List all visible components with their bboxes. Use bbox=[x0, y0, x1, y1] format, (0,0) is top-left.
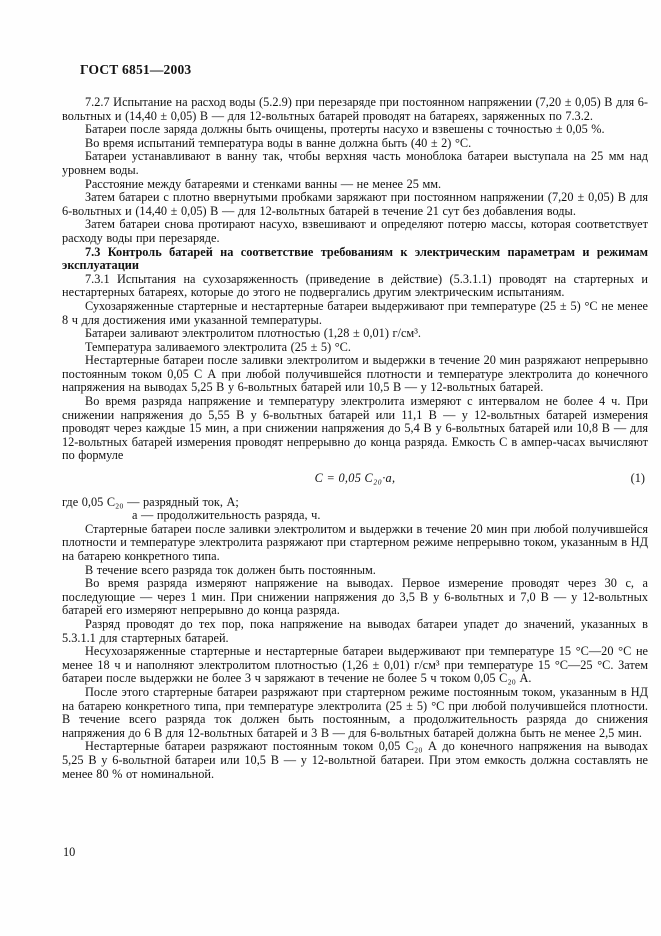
paragraph-7-2-7: 7.2.7 Испытание на расход воды (5.2.9) п… bbox=[62, 96, 648, 123]
paragraph: После этого стартерные батареи разряжают… bbox=[62, 686, 648, 740]
paragraph: Батареи заливают электролитом плотностью… bbox=[62, 327, 648, 341]
document-body: 7.2.7 Испытание на расход воды (5.2.9) п… bbox=[62, 96, 648, 781]
formula-where-line: где 0,05 С₂₀ — разрядный ток, А; bbox=[62, 496, 648, 510]
paragraph: Во время разряда напряжение и температур… bbox=[62, 395, 648, 463]
paragraph: Температура заливаемого электролита (25 … bbox=[62, 341, 648, 355]
paragraph: В течение всего разряда ток должен быть … bbox=[62, 564, 648, 578]
paragraph: Затем батареи снова протирают насухо, вз… bbox=[62, 218, 648, 245]
paragraph: Нестартерные батареи после заливки элект… bbox=[62, 354, 648, 395]
paragraph: Во время разряда измеряют напряжение на … bbox=[62, 577, 648, 618]
paragraph: Затем батареи с плотно ввернутыми пробка… bbox=[62, 191, 648, 218]
paragraph-7-3-1: 7.3.1 Испытания на сухозаряженность (при… bbox=[62, 273, 648, 300]
formula-where-line: а — продолжительность разряда, ч. bbox=[62, 509, 648, 523]
paragraph: Батареи устанавливают в ванну так, чтобы… bbox=[62, 150, 648, 177]
paragraph: Разряд проводят до тех пор, пока напряже… bbox=[62, 618, 648, 645]
paragraph: Стартерные батареи после заливки электро… bbox=[62, 523, 648, 564]
paragraph: Во время испытаний температура воды в ва… bbox=[62, 137, 648, 151]
paragraph: Расстояние между батареями и стенками ва… bbox=[62, 178, 648, 192]
section-heading-7-3: 7.3 Контроль батарей на соответствие тре… bbox=[62, 246, 648, 273]
formula-row: С = 0,05 С₂₀·а, (1) bbox=[62, 472, 648, 486]
paragraph: Батареи после заряда должны быть очищены… bbox=[62, 123, 648, 137]
paragraph: Нестартерные батареи разряжают постоянны… bbox=[62, 740, 648, 781]
document-page: ГОСТ 6851—2003 7.2.7 Испытание на расход… bbox=[0, 0, 661, 936]
formula-number: (1) bbox=[631, 472, 645, 486]
paragraph: Несухозаряженные стартерные и нестартерн… bbox=[62, 645, 648, 686]
page-number: 10 bbox=[63, 845, 75, 860]
paragraph: Сухозаряженные стартерные и нестартерные… bbox=[62, 300, 648, 327]
standard-number-header: ГОСТ 6851—2003 bbox=[80, 62, 648, 77]
formula-expression: С = 0,05 С₂₀·а, bbox=[315, 471, 396, 485]
